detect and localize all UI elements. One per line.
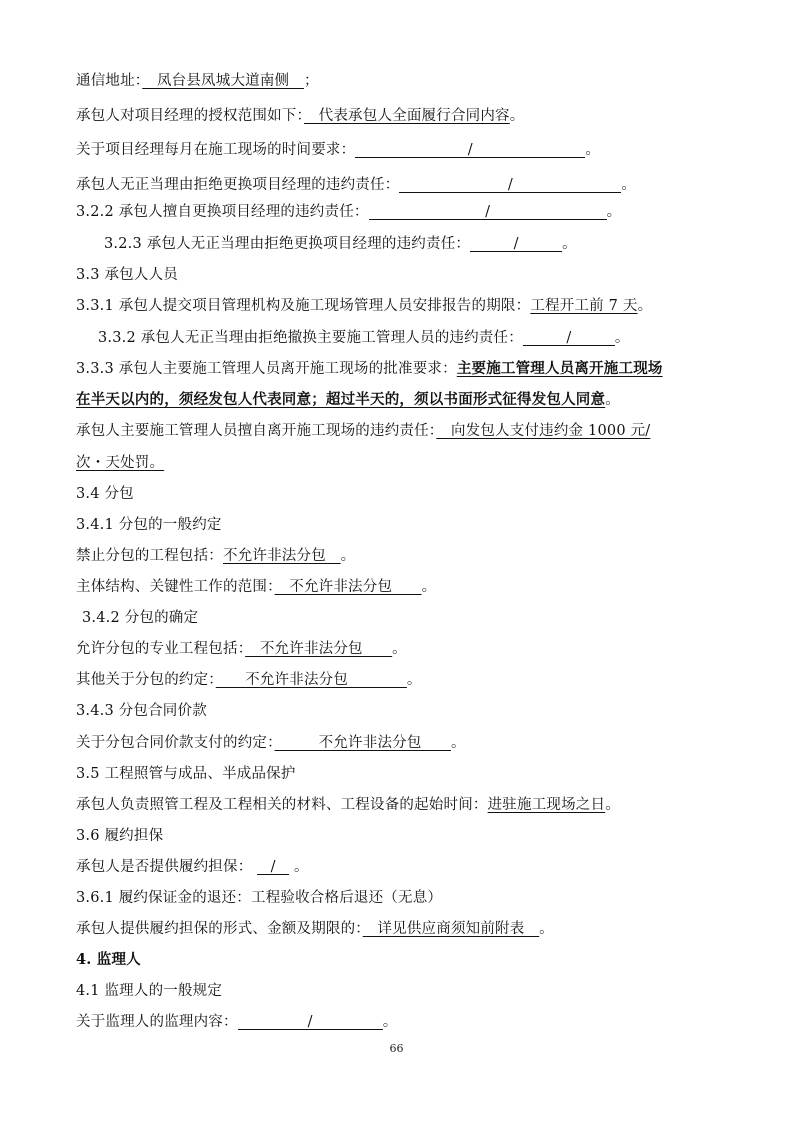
section-heading: 4. 监理人 [76, 951, 141, 968]
field-label: 关于项目经理每月在施工现场的时间要求： [76, 142, 355, 158]
punctuation: 。 [422, 579, 437, 595]
other-subcontract-line: 其他关于分包的约定： 不允许非法分包 。 [76, 671, 422, 689]
section-heading: 4.1 监理人的一般规定 [76, 983, 222, 999]
clause-text: 3.6.1 履约保证金的退还：工程验收合格后退还（无息） [76, 890, 442, 906]
field-label: 承包人提供履约担保的形式、金额及期限的： [76, 921, 363, 937]
main-structure-scope-line: 主体结构、关键性工作的范围： 不允许非法分包 。 [76, 578, 436, 596]
clause-3-3-3-continued: 在半天以内的，须经发包人代表同意；超过半天的，须以书面形式征得发包人同意。 [76, 391, 620, 409]
blank-field: / [369, 204, 607, 220]
field-label: 承包人主要施工管理人员擅自离开施工现场的违约责任： [76, 423, 436, 439]
section-4-heading: 4. 监理人 [76, 951, 141, 969]
punctuation: 。 [605, 797, 620, 813]
field-value: 工程开工前 7 天 [530, 298, 637, 314]
supervision-content-line: 关于监理人的监理内容：/。 [76, 1013, 397, 1031]
section-heading: 3.4.2 分包的确定 [82, 610, 198, 626]
section-3-4-heading: 3.4 分包 [76, 485, 134, 503]
field-label: 3.3.2 承包人无正当理由拒绝撤换主要施工管理人员的违约责任： [98, 330, 523, 346]
section-heading: 3.6 履约担保 [76, 828, 163, 844]
pm-authority-line: 承包人对项目经理的授权范围如下： 代表承包人全面履行合同内容。 [76, 107, 524, 125]
pm-time-requirement-line: 关于项目经理每月在施工现场的时间要求：/。 [76, 141, 600, 159]
subcontract-payment-line: 关于分包合同价款支付的约定： 不允许非法分包 。 [76, 734, 466, 752]
section-3-5-heading: 3.5 工程照管与成品、半成品保护 [76, 765, 296, 783]
performance-guarantee-line: 承包人是否提供履约担保： / 。 [76, 858, 309, 876]
field-value: 次・天处罚。 [76, 455, 164, 471]
manager-absence-liability-line: 承包人主要施工管理人员擅自离开施工现场的违约责任： 向发包人支付违约金 1000… [76, 422, 650, 440]
field-label: 禁止分包的工程包括： [76, 548, 223, 564]
clause-3-6-1: 3.6.1 履约保证金的退还：工程验收合格后退还（无息） [76, 889, 442, 907]
punctuation: 。 [585, 142, 600, 158]
punctuation: 。 [638, 298, 653, 314]
field-label: 3.2.3 承包人无正当理由拒绝更换项目经理的违约责任： [104, 236, 470, 252]
punctuation: 。 [341, 548, 356, 564]
field-label: 3.2.2 承包人擅自更换项目经理的违约责任： [76, 204, 369, 220]
field-label: 3.3.3 承包人主要施工管理人员离开施工现场的批准要求： [76, 361, 457, 377]
section-3-3-heading: 3.3 承包人人员 [76, 266, 178, 284]
field-value: 不允许非法分包 [223, 548, 341, 564]
section-heading: 3.4 分包 [76, 486, 134, 502]
section-heading: 3.4.3 分包合同价款 [76, 703, 207, 719]
clause-3-3-1: 3.3.1 承包人提交项目管理机构及施工现场管理人员安排报告的期限：工程开工前 … [76, 297, 652, 315]
field-value: 不允许非法分包 [216, 672, 407, 688]
clause-3-3-2: 3.3.2 承包人无正当理由拒绝撤换主要施工管理人员的违约责任：/。 [98, 329, 630, 347]
field-value: 不允许非法分包 [275, 579, 422, 595]
field-value: 不允许非法分包 [245, 641, 392, 657]
section-heading: 3.3 承包人人员 [76, 267, 178, 283]
field-label: 允许分包的专业工程包括： [76, 641, 245, 657]
field-label: 关于分包合同价款支付的约定： [76, 735, 275, 751]
field-label: 承包人无正当理由拒绝更换项目经理的违约责任： [76, 177, 399, 193]
field-label: 通信地址： [76, 73, 142, 89]
clause-3-3-3: 3.3.3 承包人主要施工管理人员离开施工现场的批准要求：主要施工管理人员离开施… [76, 360, 663, 378]
pm-refusal-liability-line: 承包人无正当理由拒绝更换项目经理的违约责任：/。 [76, 176, 636, 194]
clause-3-4-1-heading: 3.4.1 分包的一般约定 [76, 516, 222, 534]
allowed-subcontract-line: 允许分包的专业工程包括： 不允许非法分包 。 [76, 640, 407, 658]
punctuation: 。 [562, 236, 577, 252]
punctuation: 。 [539, 921, 554, 937]
document-page: 通信地址： 凤台县凤城大道南侧 ； 承包人对项目经理的授权范围如下： 代表承包人… [0, 0, 793, 1122]
clause-3-4-2-heading: 3.4.2 分包的确定 [82, 609, 198, 627]
punctuation: 。 [392, 641, 407, 657]
guarantee-form-line: 承包人提供履约担保的形式、金额及期限的： 详见供应商须知前附表 。 [76, 920, 554, 938]
field-value: 不允许非法分包 [275, 735, 451, 751]
punctuation: 。 [383, 1014, 398, 1030]
field-value: 向发包人支付违约金 1000 元/ [436, 423, 650, 439]
clause-3-4-3-heading: 3.4.3 分包合同价款 [76, 702, 207, 720]
section-heading: 3.5 工程照管与成品、半成品保护 [76, 766, 296, 782]
punctuation: 。 [451, 735, 466, 751]
punctuation: ； [304, 73, 319, 89]
field-value: 代表承包人全面履行合同内容 [304, 108, 510, 124]
blank-field: / [523, 330, 615, 346]
clause-3-2-3: 3.2.3 承包人无正当理由拒绝更换项目经理的违约责任：/。 [104, 235, 577, 253]
field-value: 主要施工管理人员离开施工现场 [457, 360, 663, 377]
care-start-time-line: 承包人负责照管工程及工程相关的材料、工程设备的起始时间：进驻施工现场之日。 [76, 796, 620, 814]
blank-field: / [399, 177, 621, 193]
punctuation: 。 [407, 672, 422, 688]
prohibited-subcontract-line: 禁止分包的工程包括：不允许非法分包 。 [76, 547, 355, 565]
manager-absence-liability-continued: 次・天处罚。 [76, 454, 164, 472]
blank-field: / [355, 142, 585, 158]
page-number: 66 [0, 1042, 793, 1055]
punctuation: 。 [510, 108, 525, 124]
field-label: 3.3.1 承包人提交项目管理机构及施工现场管理人员安排报告的期限： [76, 298, 530, 314]
field-label: 主体结构、关键性工作的范围： [76, 579, 275, 595]
section-heading: 3.4.1 分包的一般约定 [76, 517, 222, 533]
blank-field: / [257, 859, 289, 875]
field-value: 在半天以内的，须经发包人代表同意；超过半天的，须以书面形式征得发包人同意 [76, 391, 605, 408]
address-line: 通信地址： 凤台县凤城大道南侧 ； [76, 72, 319, 90]
field-label: 承包人对项目经理的授权范围如下： [76, 108, 304, 124]
punctuation: 。 [607, 204, 622, 220]
section-4-1-heading: 4.1 监理人的一般规定 [76, 982, 222, 1000]
field-label: 承包人是否提供履约担保： [76, 859, 252, 875]
field-value: 详见供应商须知前附表 [363, 921, 539, 937]
blank-field: / [470, 236, 562, 252]
blank-field: / [238, 1014, 383, 1030]
punctuation: 。 [621, 177, 636, 193]
field-value: 凤台县凤城大道南侧 [142, 73, 304, 89]
punctuation: 。 [605, 392, 620, 408]
field-label: 承包人负责照管工程及工程相关的材料、工程设备的起始时间： [76, 797, 488, 813]
field-value: 进驻施工现场之日 [488, 797, 606, 813]
section-3-6-heading: 3.6 履约担保 [76, 827, 163, 845]
punctuation: 。 [294, 859, 309, 875]
field-label: 关于监理人的监理内容： [76, 1014, 238, 1030]
field-label: 其他关于分包的约定： [76, 672, 216, 688]
punctuation: 。 [615, 330, 630, 346]
clause-3-2-2: 3.2.2 承包人擅自更换项目经理的违约责任：/。 [76, 203, 621, 221]
